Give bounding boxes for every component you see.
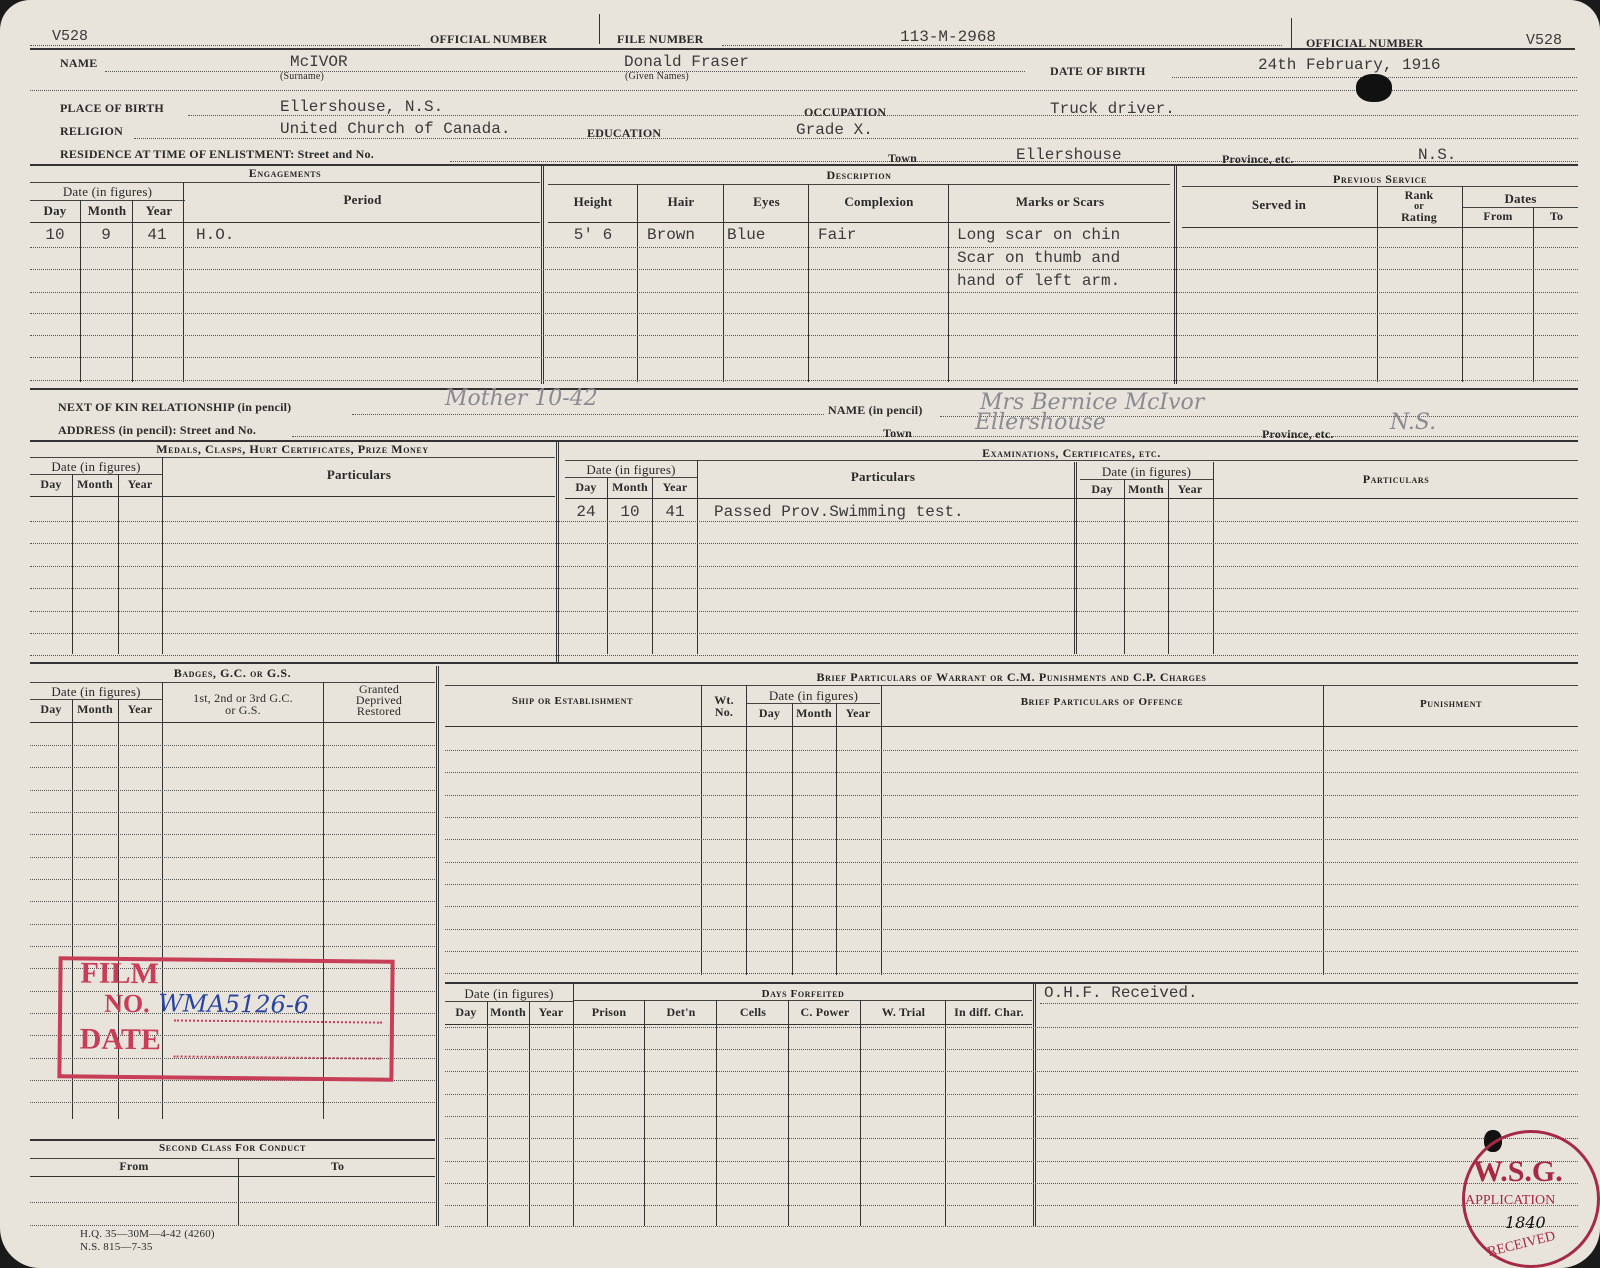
name-label: NAME (60, 56, 97, 71)
wsg-application-stamp: W.S.G. APPLICATION 1840 RECEIVED (1462, 1130, 1600, 1268)
examinations-right-col-particulars: Particulars (1214, 472, 1578, 487)
exam-month: 10 (607, 503, 653, 521)
description-col-marks: Marks or Scars (949, 194, 1171, 210)
forfeited-col-day: Day (445, 1005, 487, 1020)
previous-service-rank: RankorRating (1378, 190, 1460, 223)
second-class-to: To (240, 1159, 435, 1174)
description-title: Description (548, 168, 1170, 183)
punishments-col-day: Day (747, 706, 792, 721)
forfeit-col-cells: Cells (717, 1005, 789, 1020)
film-stamp-date-label: DATE (80, 1022, 161, 1057)
examinations-right-col-month: Month (1124, 482, 1168, 497)
film-stamp: FILM NO. WMA5126-6 DATE (57, 956, 394, 1082)
forfeited-date-header: Date (in figures) (445, 986, 573, 1002)
badges-gc-header: 1st, 2nd or 3rd G.C.or G.S. (163, 692, 323, 716)
forfeit-col-wtrial: W. Trial (861, 1005, 946, 1020)
footer-line-1: H.Q. 35—30M—4-42 (4260) (80, 1228, 215, 1240)
examinations-title: Examinations, Certificates, etc. (565, 446, 1578, 461)
punishments-wt-no: Wt.No. (702, 694, 746, 718)
occupation-label: OCCUPATION (804, 105, 886, 120)
nok-address-label: ADDRESS (in pencil): Street and No. (58, 423, 256, 438)
place-of-birth-value: Ellershouse, N.S. (280, 98, 443, 116)
medals-col-month: Month (72, 477, 118, 492)
occupation-value: Truck driver. (1050, 100, 1175, 118)
examinations-col-particulars: Particulars (698, 469, 1068, 485)
education-value: Grade X. (796, 121, 873, 139)
description-marks-line-1: Long scar on chin (957, 226, 1120, 244)
engagements-col-period: Period (185, 192, 540, 208)
badges-col-year: Year (118, 702, 162, 717)
days-forfeited-title: Days Forfeited (574, 988, 1032, 1000)
nok-town-label: Town (883, 426, 912, 441)
examinations-col-month: Month (607, 480, 653, 495)
file-number-value: 113-M-2968 (900, 28, 996, 46)
description-hair: Brown (647, 226, 695, 244)
engagements-col-year: Year (134, 203, 184, 219)
religion-value: United Church of Canada. (280, 120, 510, 138)
nok-name-label: NAME (in pencil) (828, 403, 923, 418)
badges-granted-header: GrantedDeprivedRestored (324, 684, 434, 717)
description-complexion: Fair (818, 226, 856, 244)
previous-service-served-in: Served in (1182, 197, 1376, 213)
examinations-right-col-year: Year (1168, 482, 1212, 497)
description-col-complexion: Complexion (809, 194, 949, 210)
engagements-date-header: Date (in figures) (30, 184, 185, 200)
examinations-right-date-header: Date (in figures) (1080, 464, 1213, 480)
given-names-value: Donald Fraser (624, 53, 749, 71)
film-stamp-label: FILM (80, 956, 159, 991)
previous-service-title: Previous Service (1182, 172, 1578, 187)
punishments-punishment: Punishment (1324, 698, 1578, 710)
forfeited-col-year: Year (529, 1005, 573, 1020)
engagement-period: H.O. (196, 226, 234, 244)
punishments-col-year: Year (836, 706, 880, 721)
engagement-year: 41 (132, 226, 182, 244)
description-height: 5' 6 (548, 226, 638, 244)
forfeit-col-prison: Prison (574, 1005, 644, 1020)
forfeit-col-indiff: In diff. Char. (946, 1005, 1032, 1020)
service-record-card: V528 OFFICIAL NUMBER FILE NUMBER 113-M-2… (0, 0, 1600, 1268)
wsg-title: W.S.G. (1473, 1155, 1563, 1189)
punishments-date-header: Date (in figures) (747, 688, 880, 704)
engagements-col-day: Day (30, 203, 80, 219)
nok-town-value: Ellershouse (975, 410, 1106, 435)
engagement-month: 9 (80, 226, 132, 244)
film-stamp-no-label: NO. (104, 989, 150, 1019)
exam-particulars: Passed Prov.Swimming test. (714, 503, 964, 521)
medals-col-year: Year (118, 477, 162, 492)
surname-value: McIVOR (290, 53, 348, 71)
residence-town-value: Ellershouse (1016, 146, 1122, 164)
badges-col-day: Day (30, 702, 72, 717)
forfeited-col-month: Month (487, 1005, 529, 1020)
medals-col-particulars: Particulars (163, 467, 555, 483)
badges-title: Badges, G.C. or G.S. (30, 666, 435, 681)
exam-day: 24 (565, 503, 607, 521)
description-marks-line-2: Scar on thumb and (957, 249, 1120, 267)
examinations-date-header: Date (in figures) (565, 462, 697, 478)
description-col-hair: Hair (638, 194, 724, 210)
film-stamp-no-value: WMA5126-6 (158, 989, 309, 1019)
wsg-application: APPLICATION (1465, 1193, 1555, 1209)
surname-caption: (Surname) (280, 71, 324, 82)
given-names-caption: (Given Names) (625, 71, 689, 82)
previous-service-from: From (1463, 209, 1533, 224)
punishments-title: Brief Particulars of Warrant or C.M. Pun… (445, 670, 1578, 685)
exam-year: 41 (653, 503, 697, 521)
punch-hole (1356, 74, 1392, 102)
engagements-col-month: Month (82, 203, 132, 219)
medals-col-day: Day (30, 477, 72, 492)
remarks-ohf: O.H.F. Received. (1044, 984, 1198, 1002)
wsg-received: RECEIVED (1486, 1229, 1557, 1261)
wsg-number: 1840 (1505, 1213, 1546, 1232)
second-class-title: Second Class For Conduct (30, 1142, 435, 1154)
medals-date-header: Date (in figures) (30, 459, 162, 475)
nok-province-value: N.S. (1390, 410, 1436, 435)
religion-label: RELIGION (60, 124, 123, 139)
nok-relationship-label: NEXT OF KIN RELATIONSHIP (in pencil) (58, 400, 291, 415)
file-number-label: FILE NUMBER (617, 32, 704, 47)
place-of-birth-label: PLACE OF BIRTH (60, 101, 164, 116)
education-label: EDUCATION (587, 126, 661, 141)
medals-title: Medals, Clasps, Hurt Certificates, Prize… (30, 442, 555, 457)
previous-service-dates: Dates (1463, 191, 1578, 207)
dob-label: DATE OF BIRTH (1050, 64, 1146, 79)
footer-line-2: N.S. 815—7-35 (80, 1241, 153, 1253)
residence-label: RESIDENCE AT TIME OF ENLISTMENT: Street … (60, 147, 374, 162)
forfeit-col-detn: Det'n (645, 1005, 717, 1020)
nok-relationship-value: Mother 10-42 (445, 386, 598, 411)
examinations-right-col-day: Day (1080, 482, 1124, 497)
badges-col-month: Month (72, 702, 118, 717)
second-class-from: From (30, 1159, 238, 1174)
description-col-eyes: Eyes (724, 194, 809, 210)
forfeit-col-cpower: C. Power (789, 1005, 861, 1020)
punishments-offence: Brief Particulars of Offence (882, 696, 1322, 708)
badges-date-header: Date (in figures) (30, 684, 162, 700)
description-col-height: Height (548, 194, 638, 210)
residence-province-value: N.S. (1418, 146, 1456, 164)
engagements-title: Engagements (30, 166, 540, 181)
description-marks-line-3: hand of left arm. (957, 272, 1120, 290)
official-number-left-value: V528 (52, 28, 88, 45)
punishments-ship: Ship or Establishment (445, 695, 700, 707)
official-number-left-label: OFFICIAL NUMBER (430, 32, 547, 47)
examinations-col-day: Day (565, 480, 607, 495)
description-eyes: Blue (727, 226, 765, 244)
previous-service-to: To (1535, 209, 1578, 224)
dob-value: 24th February, 1916 (1258, 56, 1440, 74)
examinations-col-year: Year (653, 480, 697, 495)
engagement-day: 10 (30, 226, 80, 244)
official-number-right-value: V528 (1526, 32, 1562, 49)
punishments-col-month: Month (792, 706, 836, 721)
